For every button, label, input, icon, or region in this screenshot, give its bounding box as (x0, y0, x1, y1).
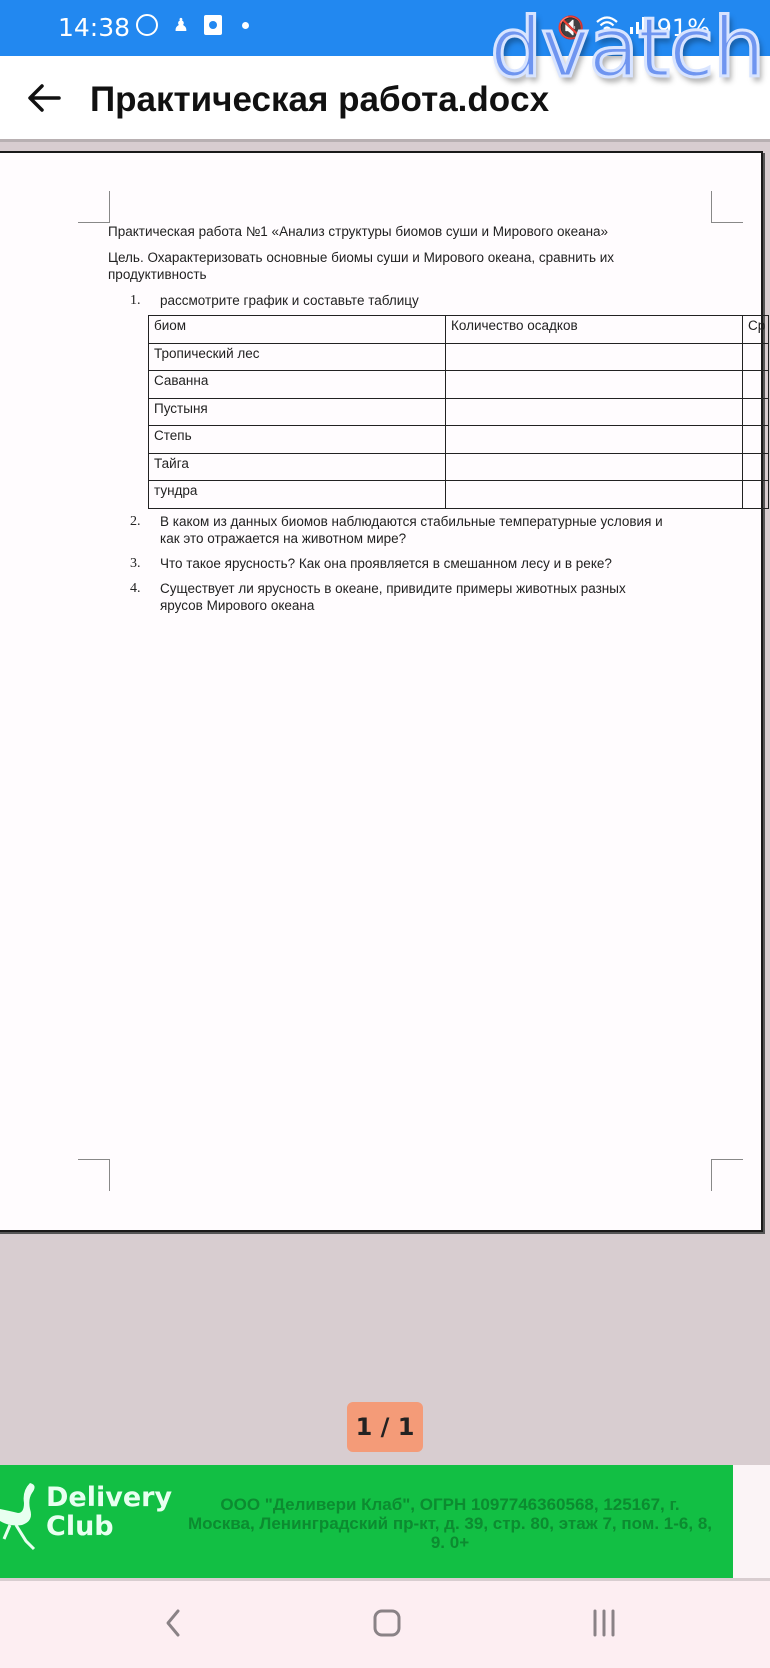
ostrich-logo-icon (0, 1479, 40, 1554)
task-text: Существует ли ярусность в океане, привид… (160, 580, 640, 614)
dot-icon (242, 22, 249, 29)
task-number: 1. (108, 292, 160, 309)
crop-mark-top-left (78, 191, 110, 223)
table-cell (446, 453, 743, 481)
task-item: 1. рассмотрите график и составьте таблиц… (108, 292, 758, 309)
arrow-left-icon (26, 83, 62, 113)
page-indicator: 1 / 1 (347, 1402, 423, 1452)
table-header-cell: Ср (743, 316, 769, 344)
document-title: Практическая работа.docx (90, 80, 549, 120)
document-viewer[interactable]: Практическая работа №1 «Анализ структуры… (0, 145, 770, 1465)
task-number: 4. (108, 580, 160, 614)
task-item: 3. Что такое ярусность? Как она проявляе… (108, 555, 758, 572)
table-row: Тропический лес (149, 343, 769, 371)
document-body: Практическая работа №1 «Анализ структуры… (108, 223, 758, 622)
doc-goal: Цель. Охарактеризовать основные биомы су… (108, 249, 708, 283)
doc-heading: Практическая работа №1 «Анализ структуры… (108, 223, 758, 240)
table-header-cell: биом (149, 316, 446, 344)
status-time: 14:38 (58, 13, 130, 42)
nav-recents-icon (590, 1608, 618, 1638)
table-cell (743, 453, 769, 481)
nav-home-icon (372, 1608, 402, 1638)
ad-banner[interactable]: Delivery Club ООО "Деливери Клаб", ОГРН … (0, 1465, 733, 1578)
task-text: В каком из данных биомов наблюдаются ста… (160, 513, 680, 547)
table-cell: тундра (149, 481, 446, 509)
table-cell (446, 481, 743, 509)
wifi-icon (595, 15, 619, 41)
nav-home-button[interactable] (357, 1601, 417, 1645)
task-item: 2. В каком из данных биомов наблюдаются … (108, 513, 758, 547)
crop-mark-bottom-right (711, 1159, 743, 1191)
table-cell: Степь (149, 426, 446, 454)
back-button[interactable] (22, 78, 66, 118)
task-number: 2. (108, 513, 160, 547)
system-icons: 🔇 91% (557, 14, 710, 42)
table-cell (446, 426, 743, 454)
table-row: Степь (149, 426, 769, 454)
table-cell (743, 343, 769, 371)
nav-recents-button[interactable] (574, 1601, 634, 1645)
table-cell: Саванна (149, 371, 446, 399)
table-cell (743, 398, 769, 426)
nav-back-icon (163, 1608, 183, 1638)
table-cell (743, 371, 769, 399)
table-row: Саванна (149, 371, 769, 399)
task-text: Что такое ярусность? Как она проявляется… (160, 555, 758, 572)
table-cell (743, 481, 769, 509)
battery-level: 91% (657, 14, 710, 42)
status-bar: 14:38 ♟ 🔇 91% (0, 0, 770, 56)
table-cell: Тайга (149, 453, 446, 481)
ad-edge (733, 1465, 770, 1578)
nav-back-button[interactable] (143, 1601, 203, 1645)
accessibility-icon: ♟ (170, 14, 192, 36)
biome-table: биом Количество осадков Ср Тропический л… (148, 315, 769, 509)
app-header: Практическая работа.docx (0, 56, 770, 142)
table-cell (446, 398, 743, 426)
system-nav-bar (0, 1581, 770, 1668)
ad-legal-text: ООО "Деливери Клаб", ОГРН 1097746360568,… (185, 1495, 715, 1552)
notification-box-icon (204, 15, 222, 35)
table-cell: Тропический лес (149, 343, 446, 371)
table-cell (446, 343, 743, 371)
table-row: Тайга (149, 453, 769, 481)
table-cell: Пустыня (149, 398, 446, 426)
table-header-cell: Количество осадков (446, 316, 743, 344)
ad-brand: Delivery Club (46, 1483, 172, 1541)
table-cell (446, 371, 743, 399)
document-page[interactable]: Практическая работа №1 «Анализ структуры… (0, 151, 763, 1232)
ad-brand-line: Delivery (46, 1483, 172, 1512)
table-header-row: биом Количество осадков Ср (149, 316, 769, 344)
ad-brand-line: Club (46, 1512, 172, 1541)
table-row: тундра (149, 481, 769, 509)
task-item: 4. Существует ли ярусность в океане, при… (108, 580, 758, 614)
task-text: рассмотрите график и составьте таблицу (160, 292, 758, 309)
mute-icon: 🔇 (557, 15, 584, 41)
crop-mark-bottom-left (78, 1159, 110, 1191)
task-number: 3. (108, 555, 160, 572)
table-cell (743, 426, 769, 454)
crop-mark-top-right (711, 191, 743, 223)
whatsapp-icon (136, 14, 158, 36)
table-row: Пустыня (149, 398, 769, 426)
notification-icons: ♟ (136, 14, 249, 36)
signal-icon (629, 15, 647, 41)
